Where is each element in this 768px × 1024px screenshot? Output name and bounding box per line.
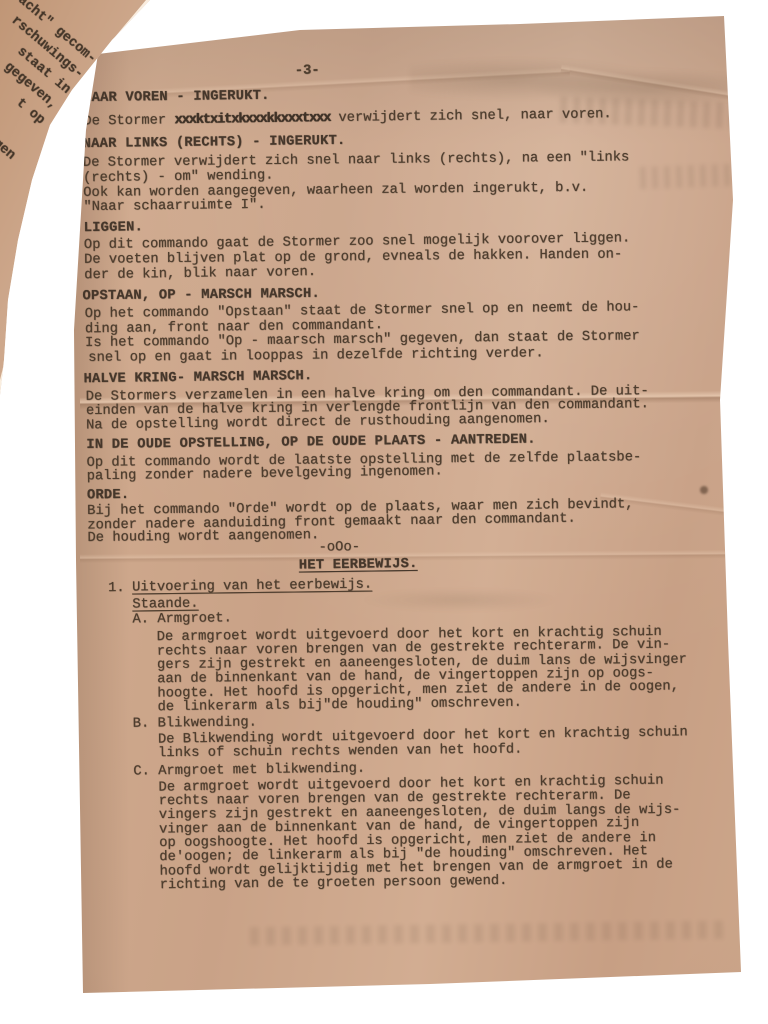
text-line: der de kin, blik naar voren. <box>84 265 316 283</box>
text-segment: verwijdert zich snel, naar voren. <box>330 107 612 126</box>
section-heading: IN DE OUDE OPSTELLING, OP DE OUDE PLAATS… <box>86 433 536 453</box>
text-line: De Stormer xxxktxitxkxxxkkxxxtxxx verwij… <box>83 107 612 129</box>
text-line: de linkerarm als bij"de houding" omschre… <box>157 696 521 715</box>
text-line: Staande. <box>132 597 198 613</box>
section-heading: LIGGEN. <box>84 220 144 236</box>
text-line: links of schuin rechts wenden van het ho… <box>158 743 522 762</box>
section-heading: NAAR VOREN - INGERUKT. <box>83 89 270 106</box>
text-line: 1. <box>108 581 125 596</box>
text-line: C. Armgroet met blikwending. <box>133 762 365 780</box>
text-line: "Naar schaarruimte I". <box>83 198 265 215</box>
section-heading: OPSTAAN, OP - MARSCH MARSCH. <box>82 287 320 304</box>
section-heading: HET EERBEWIJS. <box>299 557 418 574</box>
text-line: A. Armgroet. <box>132 611 232 627</box>
typewritten-text-layer: -3- NAAR VOREN - INGERUKT.De Stormer xxx… <box>0 0 768 1024</box>
typed-over-strikeout: xxxktxitxkxxxkkxxxtxxx <box>174 111 330 128</box>
page-number: -3- <box>295 64 320 79</box>
section-heading: ORDE. <box>87 488 130 503</box>
photo-of-document: -3- NAAR VOREN - INGERUKT.De Stormer xxx… <box>0 0 768 1024</box>
text-line: B. Blikwending. <box>133 716 257 732</box>
document-page: -3- NAAR VOREN - INGERUKT.De Stormer xxx… <box>0 0 768 1024</box>
text-line: De houding wordt aangenomen. <box>87 528 319 546</box>
text-line: Uitvoering van het eerbewijs. <box>132 578 372 596</box>
text-segment: De Stormer <box>83 113 174 129</box>
text-line: -oOo- <box>319 540 361 555</box>
section-heading: NAAR LINKS (RECHTS) - INGERUKT. <box>83 134 346 152</box>
section-heading: HALVE KRING- MARSCH MARSCH. <box>83 369 312 387</box>
text-line: De Stormer verwijdert zich snel naar lin… <box>83 150 630 171</box>
text-line: snel op en gaat in looppas in dezelfde r… <box>88 346 544 366</box>
text-line: richting van de te groeten persoon gewen… <box>160 874 508 893</box>
